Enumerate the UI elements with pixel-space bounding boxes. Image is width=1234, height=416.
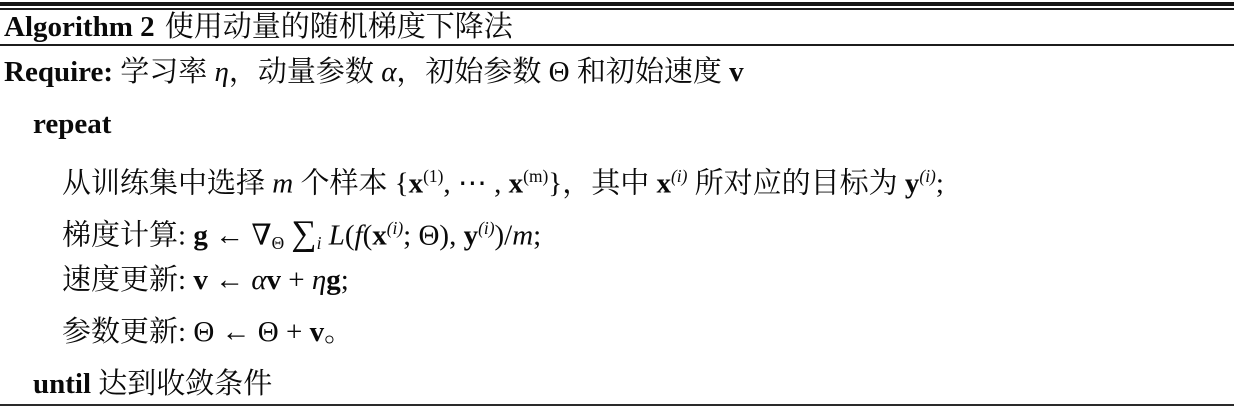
algorithm-box: Algorithm 2使用动量的随机梯度下降法 Require: 学习率 η，动… <box>0 0 1234 416</box>
require-line: Require: 学习率 η，动量参数 α，初始参数 Θ 和初始速度 v <box>0 46 1234 98</box>
algorithm-number-label: Algorithm 2 <box>4 11 155 43</box>
top-rule-thick <box>0 2 1234 6</box>
sample-selection-line: 从训练集中选择 m 个样本 {x(1), ⋯ , x(m)}，其中 x(i) 所… <box>0 150 1234 202</box>
repeat-line: repeat <box>0 98 1234 150</box>
bottom-rule <box>0 404 1234 406</box>
gradient-computation-line: 梯度计算: g ← ∇Θ ∑i L(f(x(i); Θ), y(i))/m; <box>0 202 1234 254</box>
until-line: until 达到收敛条件 <box>0 358 1234 410</box>
algorithm-name: 使用动量的随机梯度下降法 <box>165 11 513 43</box>
algorithm-title: Algorithm 2使用动量的随机梯度下降法 <box>0 10 1234 44</box>
velocity-update-line: 速度更新: v ← αv + ηg; <box>0 254 1234 306</box>
parameter-update-line: 参数更新: Θ ← Θ + v。 <box>0 306 1234 358</box>
